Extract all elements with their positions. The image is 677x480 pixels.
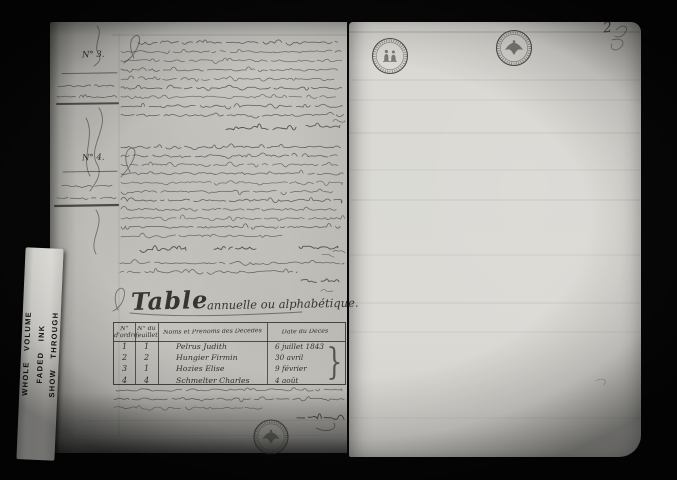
table-row: 1 1 Pelrus Judith 6 juillet 1843 [114, 341, 345, 352]
table-title-subtitle: annuelle ou alphabétique. [207, 296, 359, 313]
cell-name: Hungier Firmin [158, 352, 267, 363]
cell-order: 2 [114, 352, 135, 363]
table-row: 2 2 Hungier Firmin 30 avril [114, 352, 345, 363]
folio-number: 2 [602, 20, 613, 37]
margin-note-number-1: N° 3. [82, 50, 105, 61]
table-row: 4 4 Schmelter Charles 4 août [114, 375, 345, 386]
table-rows: 1 1 Pelrus Judith 6 juillet 1843 2 2 Hun… [114, 341, 345, 384]
cell-order: 4 [114, 375, 135, 386]
cell-folio: 2 [135, 352, 158, 363]
cell-name: Hozies Elise [158, 363, 267, 374]
cell-name: Schmelter Charles [158, 375, 267, 386]
table-title: Table [131, 285, 209, 316]
cell-folio: 1 [135, 341, 158, 352]
cell-name: Pelrus Judith [158, 341, 267, 352]
register-left-page [50, 22, 347, 453]
header-date: Date du Décès [267, 328, 343, 336]
register-right-page [349, 22, 641, 457]
film-label-text: WHOLE VOLUME FADED INK SHOW THROUGH [18, 253, 63, 454]
header-order: N° d'ordre [114, 325, 135, 338]
header-folio: N° du feuillet [135, 325, 158, 338]
annual-table: N° d'ordre N° du feuillet Noms et Prénom… [113, 322, 346, 385]
table-row: 3 1 Hozies Elise 9 février [114, 363, 345, 374]
margin-note-number-2: N° 4. [82, 153, 105, 164]
cell-order: 3 [114, 363, 135, 374]
microfilm-frame: WHOLE VOLUME FADED INK SHOW THROUGH [0, 0, 677, 480]
header-names: Noms et Prénoms des Décédés [158, 328, 267, 336]
cell-folio: 1 [135, 363, 158, 374]
year-brace: } [326, 341, 342, 385]
cell-order: 1 [114, 341, 135, 352]
cell-folio: 4 [135, 375, 158, 386]
table-header-row: N° d'ordre N° du feuillet Noms et Prénom… [114, 323, 345, 342]
